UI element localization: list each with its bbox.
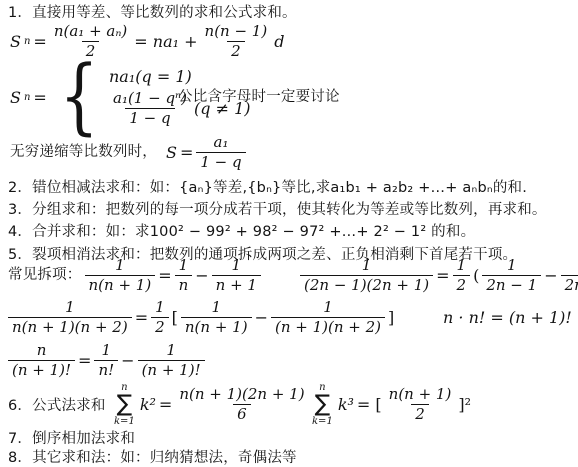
fraction: n(n + 1)(2n + 1) 6 <box>175 385 308 424</box>
formula-sum-of-cubes: n ∑ k=1 k³ = [ n(n + 1) 2 ]² <box>310 381 471 427</box>
case-q-equals-1: na₁(q = 1) <box>109 67 250 86</box>
formula-split-3: n (n + 1)! = 1 n! − 1 (n + 1)! <box>8 341 205 379</box>
fraction-numerator: n(n − 1) <box>201 22 272 41</box>
fraction-numerator: 1 <box>151 298 169 317</box>
fraction-denominator: (n + 1)! <box>8 360 75 380</box>
item-1-direct-formula: 1．直接用等差、等比数列的求和公式求和。 <box>8 4 297 22</box>
piecewise-note: 公比含字母时一定要讨论 <box>178 88 340 106</box>
formula-n-factorial-identity: n · n! = (n + 1)! − n! <box>443 308 578 327</box>
minus-sign: − <box>255 308 268 327</box>
item-4-combining: 4．合并求和：如：求100² − 99² + 98² − 97² +…+ 2² … <box>8 223 475 241</box>
fraction-denominator: (n + 1)! <box>138 360 205 380</box>
fraction-denominator: n(n + 1)(n + 2) <box>8 317 132 337</box>
fraction-numerator: 1 <box>503 256 521 275</box>
fraction: n(n − 1) 2 <box>201 22 272 61</box>
fraction-numerator: n(n + 1) <box>385 385 456 404</box>
formula-split-1-left: 常见拆项： 1 n(n + 1) = 1 n − 1 n + 1 <box>8 257 261 293</box>
sn-subscript: n <box>24 92 30 103</box>
equals-sign: = <box>33 88 46 107</box>
fraction-numerator: 1 <box>162 341 180 360</box>
fraction-denominator: n <box>175 275 193 295</box>
fraction-numerator: a₁ <box>210 133 233 152</box>
fraction: 1 n(n + 1)(n + 2) <box>8 298 132 337</box>
fraction: n(n + 1) 2 <box>385 385 456 424</box>
fraction: 1 (2n − 1)(2n + 1) <box>300 256 433 295</box>
formula-infinite-geometric: 无穷递缩等比数列时， S = a₁ 1 − q <box>10 133 246 171</box>
fraction-denominator: 2 <box>411 404 429 424</box>
middle-term: = na₁ + <box>134 32 197 51</box>
equals-sign: = <box>135 308 148 327</box>
fraction: 1 n(n + 1) <box>181 298 252 337</box>
k-squared-term: k² <box>140 395 156 414</box>
open-bracket: [ <box>172 308 178 327</box>
sn-symbol: S <box>10 88 21 107</box>
fraction-numerator: n(n + 1)(2n + 1) <box>175 385 308 404</box>
item-3-grouping: 3．分组求和：把数列的每一项分成若干项，使其转化为等差或等比数列，再求和。 <box>8 201 547 219</box>
fraction-denominator: 2n + 1 <box>561 275 578 295</box>
fraction-denominator: n! <box>94 360 118 380</box>
fraction-numerator: n(a₁ + aₙ) <box>50 22 131 41</box>
fraction: 1 2n − 1 <box>482 256 541 295</box>
equals-sign: = <box>158 266 171 285</box>
formula-arithmetic-sum: Sn = n(a₁ + aₙ) 2 = na₁ + n(n − 1) 2 d <box>10 22 284 60</box>
close-bracket-squared: ]² <box>458 395 471 414</box>
fraction-denominator: 1 − q <box>125 108 174 128</box>
close-bracket: ] <box>388 308 394 327</box>
sigma-icon: ∑ <box>117 393 133 416</box>
fraction: 1 2 <box>453 256 471 295</box>
item-7-reverse-order-addition: 7．倒序相加法求和 <box>8 430 135 448</box>
sigma-lower-limit: k=1 <box>114 416 135 427</box>
equals-open-bracket: = [ <box>357 395 382 414</box>
fraction-numerator: 1 <box>98 341 116 360</box>
formula-split-2-left: 1 n(n + 1)(n + 2) = 1 2 [ 1 n(n + 1) − 1… <box>8 298 394 336</box>
fraction: a₁ 1 − q <box>196 133 245 172</box>
fraction-numerator: 1 <box>453 256 471 275</box>
fraction-numerator: 1 <box>175 256 193 275</box>
fraction-numerator: 1 <box>61 298 79 317</box>
item-6-formula-method-label: 6．公式法求和 <box>8 397 106 415</box>
equals-sign: = <box>436 266 449 285</box>
fraction: 1 2n + 1 <box>561 256 578 295</box>
sigma-lower-limit: k=1 <box>312 416 333 427</box>
fraction-numerator: 1 <box>228 256 246 275</box>
fraction-numerator: 1 <box>111 256 129 275</box>
k-cubed-term: k³ <box>338 395 354 414</box>
minus-sign: − <box>544 266 557 285</box>
fraction-denominator: (n + 1)(n + 2) <box>271 317 385 337</box>
s-symbol: S <box>166 143 177 162</box>
fraction-numerator: 1 <box>207 298 225 317</box>
minus-sign: − <box>195 266 208 285</box>
fraction: 1 n! <box>94 341 118 380</box>
item-2-staggered-subtraction: 2．错位相减法求和：如：{aₙ}等差,{bₙ}等比,求a₁b₁ + a₂b₂ +… <box>8 179 527 197</box>
fraction-denominator: n + 1 <box>212 275 261 295</box>
fraction-denominator: 2n − 1 <box>482 275 541 295</box>
fraction-denominator: 6 <box>233 404 251 424</box>
sn-symbol: S <box>10 32 21 51</box>
fraction: 1 n(n + 1) <box>85 256 156 295</box>
item-8-other-methods: 8．其它求和法：如：归纳猜想法，奇偶法等 <box>8 449 297 467</box>
fraction-denominator: (2n − 1)(2n + 1) <box>300 275 433 295</box>
fraction-numerator: 1 <box>319 298 337 317</box>
fraction-denominator: 2 <box>453 275 471 295</box>
fraction-denominator: 1 − q <box>196 152 245 172</box>
sigma-icon: ∑ <box>315 393 331 416</box>
open-paren: ( <box>473 266 479 285</box>
fraction-numerator: n <box>33 341 51 360</box>
equals-sign: = <box>159 395 172 414</box>
fraction: 1 (n + 1)(n + 2) <box>271 298 385 337</box>
fraction: 1 (n + 1)! <box>138 341 205 380</box>
formula-sum-of-squares: n ∑ k=1 k² = n(n + 1)(2n + 1) 6 <box>112 381 309 427</box>
sn-subscript: n <box>24 36 30 47</box>
d-term: d <box>274 32 284 51</box>
fraction: 1 2 <box>151 298 169 337</box>
cases-brace: { <box>59 59 98 134</box>
sigma-notation: n ∑ k=1 <box>114 382 135 427</box>
equals-sign: = <box>180 143 193 162</box>
infinite-label: 无穷递缩等比数列时， <box>10 143 157 161</box>
fraction-denominator: n(n + 1) <box>85 275 156 295</box>
fraction-denominator: 2 <box>151 317 169 337</box>
sigma-notation: n ∑ k=1 <box>312 382 333 427</box>
fraction-denominator: n(n + 1) <box>181 317 252 337</box>
minus-sign: − <box>121 351 134 370</box>
equals-sign: = <box>33 32 46 51</box>
math-notes-document: 1．直接用等差、等比数列的求和公式求和。 Sn = n(a₁ + aₙ) 2 =… <box>0 0 578 467</box>
fraction-numerator: 1 <box>358 256 376 275</box>
fraction: 1 n + 1 <box>212 256 261 295</box>
equals-sign: = <box>78 351 91 370</box>
formula-split-1-right: 1 (2n − 1)(2n + 1) = 1 2 ( 1 2n − 1 − 1 … <box>300 257 578 293</box>
fraction: n (n + 1)! <box>8 341 75 380</box>
common-split-label: 常见拆项： <box>8 266 82 284</box>
fraction: 1 n <box>175 256 193 295</box>
